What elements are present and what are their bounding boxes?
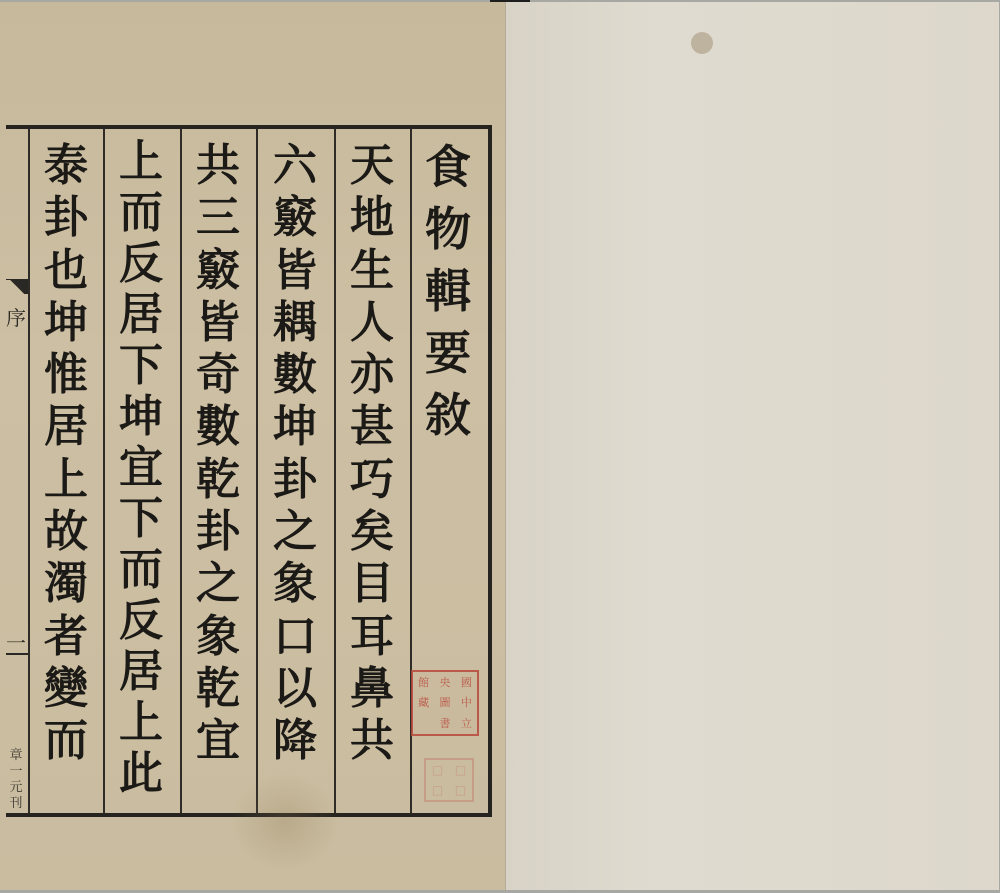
text-char: 共 (196, 140, 240, 192)
text-char: 數 (273, 349, 317, 401)
text-char: 坤 (273, 401, 317, 453)
text-column-5: 泰 卦 也 坤 惟 居 上 故 濁 者 變 而 (29, 140, 103, 820)
text-char: 皆 (273, 245, 317, 297)
text-char: 皆 (196, 297, 240, 349)
text-char: 坤 (44, 297, 88, 349)
book-scan: 序 一 章 一 元 刊 食 物 輯 要 敘 館 央 國 藏 圖 中 書 立 (0, 0, 1000, 893)
text-char: 居 (119, 289, 163, 340)
text-char: 濁 (44, 558, 88, 610)
text-char: 而 (44, 715, 88, 767)
margin-rule (6, 653, 28, 655)
text-char: 數 (196, 401, 240, 453)
text-column-1: 天 地 生 人 亦 甚 巧 矣 目 耳 鼻 共 (335, 140, 409, 820)
section-label: 序 (4, 302, 28, 331)
text-char: 乾 (196, 663, 240, 715)
text-char: 口 (273, 611, 317, 663)
left-page: 序 一 章 一 元 刊 食 物 輯 要 敘 館 央 國 藏 圖 中 書 立 (0, 2, 505, 890)
text-char: 竅 (196, 245, 240, 297)
text-char: 故 (44, 506, 88, 558)
text-char: 天 (350, 140, 394, 192)
text-char: 卦 (273, 454, 317, 506)
text-char: 巧 (350, 454, 394, 506)
text-char: 宜 (196, 715, 240, 767)
text-char: 之 (196, 558, 240, 610)
title-char: 要 (425, 322, 471, 384)
text-char: 下 (119, 340, 163, 391)
text-column-4: 上 而 反 居 下 坤 宜 下 而 反 居 上 此 (104, 136, 178, 816)
fold-margin (6, 129, 28, 813)
text-char: 上 (119, 697, 163, 748)
text-char: 地 (350, 192, 394, 244)
text-char: 以 (273, 663, 317, 715)
right-page-blank (505, 2, 999, 890)
text-char: 甚 (350, 401, 394, 453)
publisher-note: 章 一 元 刊 (6, 748, 26, 812)
fish-tail-mark-icon (6, 279, 28, 294)
title-char: 食 (425, 136, 471, 198)
text-char: 上 (44, 454, 88, 506)
text-char: 降 (273, 715, 317, 767)
text-char: 惟 (44, 349, 88, 401)
text-char: 下 (119, 493, 163, 544)
text-char: 耳 (350, 611, 394, 663)
text-char: 亦 (350, 349, 394, 401)
text-char: 居 (119, 646, 163, 697)
text-char: 而 (119, 544, 163, 595)
text-column-3: 共 三 竅 皆 奇 數 乾 卦 之 象 乾 宜 (181, 140, 255, 820)
text-char: 象 (273, 558, 317, 610)
text-char: 上 (119, 136, 163, 187)
text-char: 居 (44, 401, 88, 453)
text-char: 也 (44, 245, 88, 297)
text-char: 矣 (350, 506, 394, 558)
text-char: 卦 (44, 192, 88, 244)
text-char: 此 (119, 748, 163, 799)
title-char: 物 (425, 198, 471, 260)
library-collection-seal: 館 央 國 藏 圖 中 書 立 (411, 670, 479, 736)
text-char: 泰 (44, 140, 88, 192)
text-char: 三 (196, 192, 240, 244)
title-char: 敘 (425, 384, 471, 446)
text-char: 奇 (196, 349, 240, 401)
page-number: 一 (4, 627, 28, 656)
title-char: 輯 (425, 260, 471, 322)
text-char: 而 (119, 187, 163, 238)
text-char: 宜 (119, 442, 163, 493)
text-char: 共 (350, 715, 394, 767)
text-char: 目 (350, 558, 394, 610)
faint-seal: □ □ □ □ (424, 758, 474, 802)
text-char: 生 (350, 245, 394, 297)
text-char: 坤 (119, 391, 163, 442)
text-char: 人 (350, 297, 394, 349)
text-char: 象 (196, 611, 240, 663)
text-char: 反 (119, 595, 163, 646)
text-char: 者 (44, 611, 88, 663)
text-char: 之 (273, 506, 317, 558)
text-char: 變 (44, 663, 88, 715)
text-char: 乾 (196, 454, 240, 506)
text-column-2: 六 竅 皆 耦 數 坤 卦 之 象 口 以 降 (258, 140, 332, 820)
text-char: 反 (119, 238, 163, 289)
text-char: 六 (273, 140, 317, 192)
text-char: 竅 (273, 192, 317, 244)
text-char: 鼻 (350, 663, 394, 715)
text-char: 卦 (196, 506, 240, 558)
text-char: 耦 (273, 297, 317, 349)
